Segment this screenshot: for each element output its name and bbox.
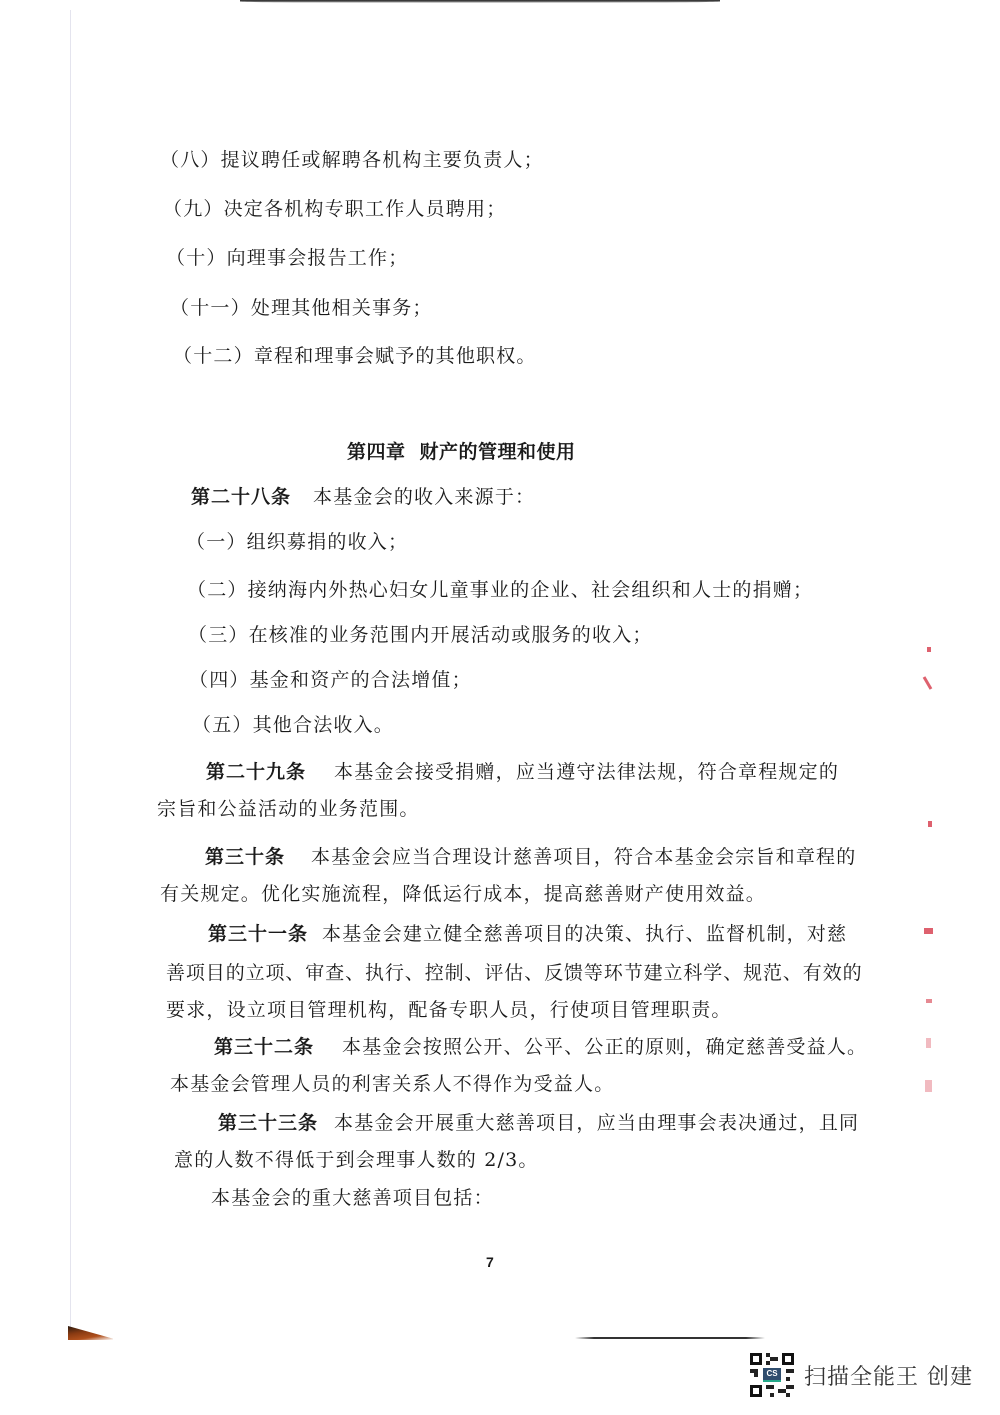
list-item-label: （一） xyxy=(186,531,247,553)
list-item-label: （八） xyxy=(160,149,221,171)
list-item-text: 在核准的业务范围内开展活动或服务的收入； xyxy=(249,624,653,646)
article-number: 第二十九条 xyxy=(206,761,306,783)
list-item: （五）其他合法收入。 xyxy=(192,713,394,737)
list-item-label: （九） xyxy=(163,198,224,220)
article-text: 本基金会建立健全慈善项目的决策、执行、监督机制，对慈 xyxy=(322,923,847,945)
article-text: 本基金会按照公开、公平、公正的原则，确定慈善受益人。 xyxy=(342,1036,867,1058)
article-number: 第三十一条 xyxy=(208,923,308,945)
article-number: 第三十三条 xyxy=(218,1112,318,1134)
article-32-continuation: 本基金会管理人员的利害关系人不得作为受益人。 xyxy=(170,1072,614,1096)
list-item-label: （四） xyxy=(189,669,250,691)
list-item-label: （十） xyxy=(166,247,227,269)
list-item-text: 处理其他相关事务； xyxy=(251,297,433,319)
scan-edge-shadow-top xyxy=(240,0,720,3)
list-item: （十二）章程和理事会赋予的其他职权。 xyxy=(173,344,537,368)
list-item-text: 基金和资产的合法增值； xyxy=(250,669,472,691)
list-item: （二）接纳海内外热心妇女儿童事业的企业、社会组织和人士的捐赠； xyxy=(187,578,813,602)
seal-fragment xyxy=(926,999,932,1003)
list-item: （三）在核准的业务范围内开展活动或服务的收入； xyxy=(188,623,653,647)
article-text: 本基金会接受捐赠，应当遵守法律法规，符合章程规定的 xyxy=(334,761,839,783)
article-29: 第二十九条本基金会接受捐赠，应当遵守法律法规，符合章程规定的 xyxy=(206,760,839,784)
article-30: 第三十条本基金会应当合理设计慈善项目，符合本基金会宗旨和章程的 xyxy=(205,845,856,869)
article-31: 第三十一条本基金会建立健全慈善项目的决策、执行、监督机制，对慈 xyxy=(208,922,847,946)
list-item-text: 组织募捐的收入； xyxy=(247,531,409,553)
page-number: 7 xyxy=(486,1254,494,1270)
list-item: （十一）处理其他相关事务； xyxy=(170,296,433,320)
article-31-continuation: 要求，设立项目管理机构，配备专职人员，行使项目管理职责。 xyxy=(166,998,732,1022)
article-text: 本基金会应当合理设计慈善项目，符合本基金会宗旨和章程的 xyxy=(311,846,856,868)
article-33-subheading: 本基金会的重大慈善项目包括： xyxy=(211,1186,494,1210)
article-29-continuation: 宗旨和公益活动的业务范围。 xyxy=(157,797,420,821)
list-item-label: （十二） xyxy=(173,345,254,367)
list-item-label: （十一） xyxy=(170,297,251,319)
chapter-title: 财产的管理和使用 xyxy=(420,441,576,463)
seal-fragment xyxy=(926,1038,931,1048)
chapter-heading: 第四章财产的管理和使用 xyxy=(347,437,576,464)
article-28: 第二十八条本基金会的收入来源于： xyxy=(191,485,535,509)
article-text: 本基金会开展重大慈善项目，应当由理事会表决通过，且同 xyxy=(334,1112,859,1134)
qr-code-icon: CS xyxy=(750,1353,794,1397)
list-item-text: 接纳海内外热心妇女儿童事业的企业、社会组织和人士的捐赠； xyxy=(248,579,814,601)
chapter-number: 第四章 xyxy=(347,441,406,463)
list-item-text: 向理事会报告工作； xyxy=(227,247,409,269)
article-31-continuation: 善项目的立项、审查、执行、控制、评估、反馈等环节建立科学、规范、有效的 xyxy=(166,961,863,985)
article-number: 第二十八条 xyxy=(191,486,291,508)
list-item-text: 章程和理事会赋予的其他职权。 xyxy=(254,345,537,367)
scan-edge-corner-bottom-left xyxy=(68,1326,113,1340)
article-33-continuation: 意的人数不得低于到会理事人数的 2/3。 xyxy=(174,1148,539,1172)
list-item: （一）组织募捐的收入； xyxy=(186,530,408,554)
list-item: （四）基金和资产的合法增值； xyxy=(189,668,472,692)
scan-edge-left xyxy=(70,10,71,1330)
article-32: 第三十二条本基金会按照公开、公平、公正的原则，确定慈善受益人。 xyxy=(214,1035,867,1059)
scan-edge-bottom-line xyxy=(575,1337,765,1339)
seal-fragment xyxy=(925,1080,932,1092)
list-item-text: 决定各机构专职工作人员聘用； xyxy=(224,198,507,220)
article-text: 本基金会的收入来源于： xyxy=(313,486,535,508)
list-item-text: 其他合法收入。 xyxy=(253,714,394,736)
list-item-label: （二） xyxy=(187,579,248,601)
article-33: 第三十三条本基金会开展重大慈善项目，应当由理事会表决通过，且同 xyxy=(218,1111,859,1135)
seal-fragment xyxy=(923,676,933,690)
list-item: （十）向理事会报告工作； xyxy=(166,246,408,270)
list-item: （八）提议聘任或解聘各机构主要负责人； xyxy=(160,148,544,172)
camscanner-badge: CS xyxy=(763,1368,781,1382)
watermark-text: 扫描全能王 创建 xyxy=(804,1360,973,1391)
list-item-label: （三） xyxy=(188,624,249,646)
seal-fragment xyxy=(927,647,931,652)
list-item: （九）决定各机构专职工作人员聘用； xyxy=(163,197,506,221)
article-number: 第三十二条 xyxy=(214,1036,314,1058)
article-30-continuation: 有关规定。优化实施流程，降低运行成本，提高慈善财产使用效益。 xyxy=(160,882,766,906)
list-item-text: 提议聘任或解聘各机构主要负责人； xyxy=(221,149,544,171)
seal-fragment xyxy=(924,928,933,934)
list-item-label: （五） xyxy=(192,714,253,736)
article-number: 第三十条 xyxy=(205,846,285,868)
seal-fragment xyxy=(928,821,932,827)
scanner-watermark: CS 扫描全能王 创建 xyxy=(750,1352,973,1398)
